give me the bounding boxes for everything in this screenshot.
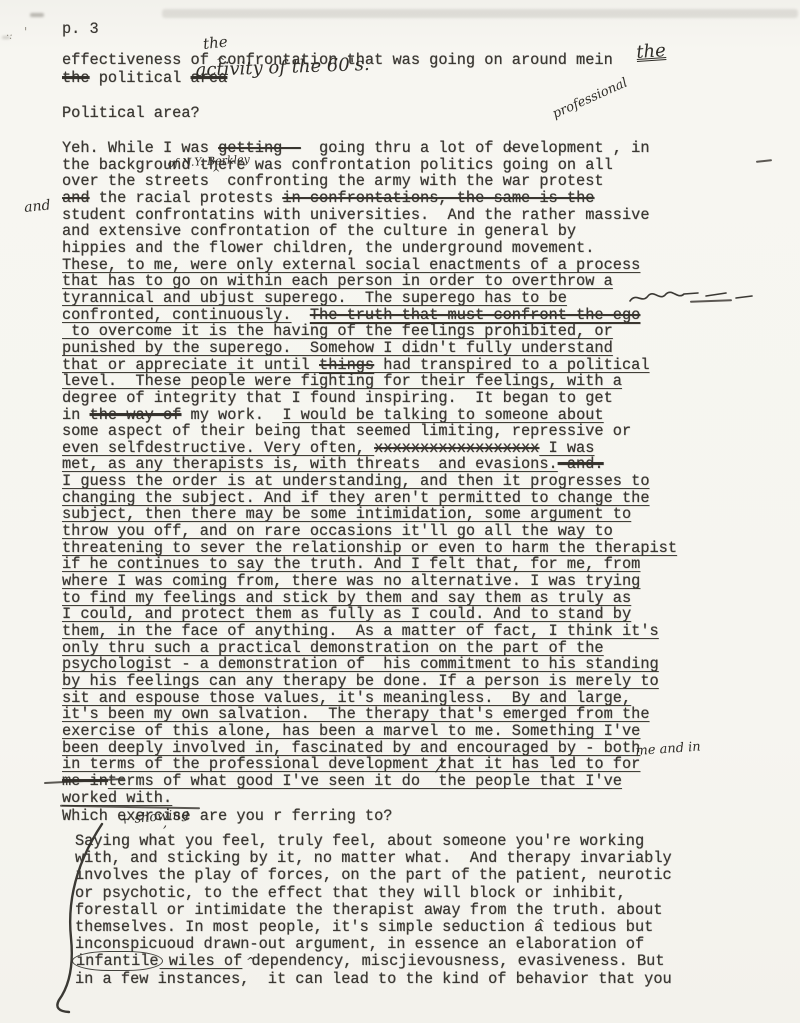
typed-segment: worked with. bbox=[62, 789, 172, 807]
typed-line: punished by the superego. Somehow I didn… bbox=[62, 340, 677, 357]
typed-segment: degree of integrity that I found inspiri… bbox=[62, 389, 613, 407]
typed-segment: I could, and protect them as fully as I … bbox=[62, 605, 631, 623]
typed-segment: inconspicuoud drawn-out argument, in ess… bbox=[75, 935, 644, 953]
typed-line: only thru such a practical demonstration… bbox=[62, 640, 677, 657]
typed-line: even selfdestructive. Very often, xxxxxx… bbox=[62, 440, 677, 457]
typed-segment: to find my feelings and stick by them an… bbox=[62, 589, 631, 607]
typed-line: where I was coming from, there was no al… bbox=[62, 573, 677, 590]
typed-line: confronted, continuously. The truth that… bbox=[62, 307, 677, 324]
typed-line: by his feelings can any therapy be done.… bbox=[62, 673, 677, 690]
typed-segment: the background there was confrontation p… bbox=[62, 156, 613, 174]
typed-line: degree of integrity that I found inspiri… bbox=[62, 390, 677, 407]
typed-segment: in bbox=[62, 406, 90, 424]
typed-line: forestall or intimidate the therapist aw… bbox=[75, 902, 672, 919]
typed-segment: level. These people were fighting for th… bbox=[62, 372, 622, 390]
typed-line: with, and sticking by it, no matter what… bbox=[75, 850, 672, 867]
typed-segment: the people that I've bbox=[438, 772, 622, 790]
typed-segment: changing the subject. And if they aren't… bbox=[62, 489, 650, 507]
handwritten-note: ' bbox=[24, 26, 27, 38]
handwritten-note: me and in bbox=[635, 740, 701, 758]
typed-segment: terms of what good I've seen it do bbox=[108, 772, 438, 790]
typed-segment: exercise of this alone, has been a marve… bbox=[62, 722, 640, 740]
typed-line: hippies and the flower children, the und… bbox=[62, 240, 677, 257]
typed-segment: political bbox=[90, 69, 191, 87]
typed-line: themselves. In most people, it's simple … bbox=[75, 919, 672, 936]
typed-line: some aspect of their being that seemed l… bbox=[62, 423, 677, 440]
typed-segment: I was bbox=[539, 439, 594, 457]
typed-line: Yeh. While I was getting — going thru a … bbox=[62, 140, 677, 157]
answer-political-area: Yeh. While I was getting — going thru a … bbox=[62, 140, 677, 806]
typed-segment: to overcome it is the having of the feel… bbox=[62, 322, 613, 340]
typed-segment: I guess the order is at understanding, a… bbox=[62, 472, 650, 490]
scan-smudge bbox=[30, 13, 44, 17]
typed-segment: confronted, continuously. bbox=[62, 306, 292, 324]
pencil-scratch bbox=[756, 159, 772, 163]
typed-segment: some aspect of their being that seemed l… bbox=[62, 422, 631, 440]
typed-segment: going thru a lot of development , in bbox=[301, 139, 650, 157]
typed-segment: threatening to sever the relationship or… bbox=[62, 539, 677, 557]
typed-line: tyrannical and ubjust superego. The supe… bbox=[62, 290, 677, 307]
typed-line: worked with. bbox=[62, 790, 677, 807]
typed-line: in the way of my work. I would be talkin… bbox=[62, 407, 677, 424]
typed-segment: in a few instances, it can lead to the k… bbox=[75, 970, 672, 988]
scan-smudge bbox=[2, 36, 10, 39]
margin-brace-icon bbox=[44, 818, 116, 1018]
page-number: p. 3 bbox=[62, 20, 99, 38]
typed-segment: sit and espouse those values, it's meani… bbox=[62, 689, 631, 707]
typed-line: to find my feelings and stick by them an… bbox=[62, 590, 677, 607]
handwritten-note: ^ bbox=[212, 169, 220, 179]
typed-segment: the way of bbox=[90, 406, 182, 424]
handwritten-note: the bbox=[202, 35, 228, 52]
typed-line: been deeply involved in, fascinated by a… bbox=[62, 740, 677, 757]
typed-segment: hippies and the flower children, the und… bbox=[62, 239, 594, 257]
typed-line: Political area? bbox=[62, 105, 200, 122]
handwritten-note: and bbox=[24, 198, 52, 215]
typed-segment: dependency, miscjievousness, evasiveness… bbox=[242, 952, 664, 970]
typed-segment: it's been my own salvation. The therapy … bbox=[62, 705, 650, 723]
typed-line: psychologist - a demonstration of his co… bbox=[62, 656, 677, 673]
typed-segment: Saying what you feel, truly feel, about … bbox=[75, 832, 644, 850]
typed-line: throw you off, and on rare occasions it'… bbox=[62, 523, 677, 540]
typed-segment: These, to me, were only external social … bbox=[62, 256, 640, 274]
typed-line: the background there was confrontation p… bbox=[62, 157, 677, 174]
typed-line: These, to me, were only external social … bbox=[62, 257, 677, 274]
typed-segment: subject, then there may be some intimida… bbox=[62, 505, 631, 523]
typed-line: or psychotic, to the effect that they wi… bbox=[75, 885, 672, 902]
typed-line: and the racial protests in confrontation… bbox=[62, 190, 677, 207]
answer-which-exercise: Saying what you feel, truly feel, about … bbox=[75, 833, 672, 988]
typed-segment: the racial protests bbox=[90, 189, 283, 207]
typed-segment: over the streets confronting the army wi… bbox=[62, 172, 604, 190]
typed-line: to overcome it is the having of the feel… bbox=[62, 323, 677, 340]
typed-segment: only thru such a practical demonstration… bbox=[62, 639, 604, 657]
typed-segment: xxxxxxxxxxxxxxxxxx bbox=[374, 439, 539, 457]
typed-segment: involves the play of forces, on the part… bbox=[75, 866, 672, 884]
typed-segment: forestall or intimidate the therapist aw… bbox=[75, 901, 663, 919]
typed-line: student confrontatins with universities.… bbox=[62, 207, 677, 224]
scanned-page: p. 3 effectiveness of confrontation that… bbox=[0, 0, 800, 1023]
typed-segment: that or appreciate it until bbox=[62, 356, 319, 374]
typed-segment: and extensive confrontation of the cultu… bbox=[62, 222, 576, 240]
typed-segment: in confrontations, the same is the bbox=[282, 189, 594, 207]
typed-line: Saying what you feel, truly feel, about … bbox=[75, 833, 672, 850]
typed-line: level. These people were fighting for th… bbox=[62, 373, 677, 390]
typed-segment: psychologist - a demonstration of his co… bbox=[62, 655, 659, 673]
handwritten-note: the bbox=[636, 42, 667, 62]
typed-line: I could, and protect them as fully as I … bbox=[62, 606, 677, 623]
typed-line: sit and espouse those values, it's meani… bbox=[62, 690, 677, 707]
typed-segment: if he continues to say the truth. And I … bbox=[62, 555, 640, 573]
typed-line: if he continues to say the truth. And I … bbox=[62, 556, 677, 573]
typed-line: changing the subject. And if they aren't… bbox=[62, 490, 677, 507]
typed-segment: wiles of bbox=[160, 952, 243, 970]
typed-segment: The truth that must confront the ego bbox=[310, 306, 640, 324]
typed-line: I guess the order is at understanding, a… bbox=[62, 473, 677, 490]
typed-segment: them, in the face of anything. As a matt… bbox=[62, 622, 659, 640]
typed-line: threatening to sever the relationship or… bbox=[62, 540, 677, 557]
typed-line: in terms of the professional development… bbox=[62, 756, 677, 773]
typed-line: subject, then there may be some intimida… bbox=[62, 506, 677, 523]
typed-segment: had transpired to a political bbox=[374, 356, 649, 374]
typed-line: in a few instances, it can lead to the k… bbox=[75, 971, 672, 988]
scribble-annotation-icon bbox=[626, 286, 758, 310]
typed-line: exercise of this alone, has been a marve… bbox=[62, 723, 677, 740]
question-political-area: Political area? bbox=[62, 105, 200, 122]
typed-segment bbox=[292, 306, 310, 324]
handwritten-note: ^ bbox=[536, 918, 545, 929]
typed-segment: Political area? bbox=[62, 104, 200, 122]
typed-line: me interms of what good I've seen it do … bbox=[62, 773, 677, 790]
typed-line: them, in the face of anything. As a matt… bbox=[62, 623, 677, 640]
typed-segment: student confrontatins with universities.… bbox=[62, 206, 650, 224]
typed-segment: my work. bbox=[181, 406, 282, 424]
typed-line: that has to go on within each person in … bbox=[62, 273, 677, 290]
scan-smudge bbox=[162, 9, 798, 18]
typed-line: and extensive confrontation of the cultu… bbox=[62, 223, 677, 240]
typed-line: involves the play of forces, on the part… bbox=[75, 867, 672, 884]
typed-segment: throw you off, and on rare occasions it'… bbox=[62, 522, 613, 540]
typed-segment: and bbox=[62, 189, 90, 207]
typed-line: over the streets confronting the army wi… bbox=[62, 173, 677, 190]
typed-line: that or appreciate it until things had t… bbox=[62, 357, 677, 374]
typed-line: met, as any therapists is, with threats … bbox=[62, 456, 677, 473]
typed-segment: Yeh. While I was bbox=[62, 139, 218, 157]
typed-segment: met, as any therapists is, with threats … bbox=[62, 455, 558, 473]
typed-segment: with, and sticking by it, no matter what… bbox=[75, 849, 672, 867]
typed-segment: that has to go on within each person in … bbox=[62, 272, 613, 290]
typed-segment: been deeply involved in, fascinated by a… bbox=[62, 739, 640, 757]
typed-line: inconspicuoud drawn-out argument, in ess… bbox=[75, 936, 672, 953]
typed-segment: things bbox=[319, 356, 374, 374]
typed-segment: I would be talking to someone about bbox=[282, 406, 603, 424]
typed-segment: by his feelings can any therapy be done.… bbox=[62, 672, 659, 690]
handwritten-note: ^ bbox=[246, 956, 255, 967]
handwritten-note: ^ bbox=[506, 146, 515, 157]
typed-segment: and. bbox=[558, 455, 604, 473]
typed-segment: or psychotic, to the effect that they wi… bbox=[75, 884, 626, 902]
typed-segment: the bbox=[62, 69, 90, 87]
typed-segment: tyrannical and ubjust superego. The supe… bbox=[62, 289, 567, 307]
typed-line: it's been my own salvation. The therapy … bbox=[62, 706, 677, 723]
typed-segment: even selfdestructive. Very often, bbox=[62, 439, 374, 457]
typed-segment: themselves. In most people, it's simple … bbox=[75, 918, 653, 936]
typed-line: infantile wiles of dependency, miscjievo… bbox=[75, 953, 672, 970]
typed-segment: punished by the superego. Somehow I didn… bbox=[62, 339, 613, 357]
typed-segment: where I was coming from, there was no al… bbox=[62, 572, 640, 590]
typed-segment: in terms of the professional development… bbox=[62, 755, 640, 773]
